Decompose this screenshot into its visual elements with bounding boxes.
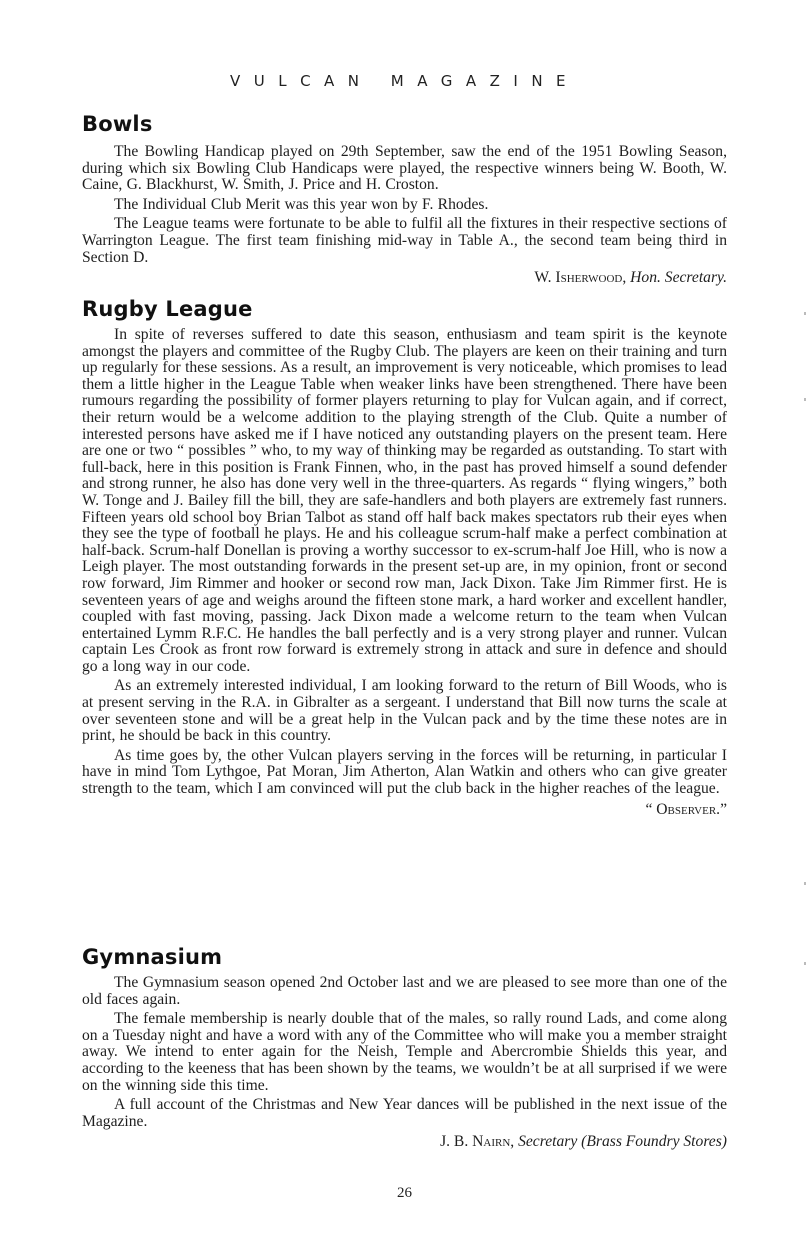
scan-speck [804, 398, 806, 401]
running-head: VULCAN MAGAZINE [82, 72, 727, 90]
paragraph: The Gymnasium season opened 2nd October … [82, 975, 727, 1008]
paragraph: The Bowling Handicap played on 29th Sept… [82, 144, 727, 194]
paragraph: As an extremely interested individual, I… [82, 678, 727, 744]
signature-rugby-league: “ Observer.” [82, 801, 727, 818]
paragraph: The Individual Club Merit was this year … [82, 197, 727, 214]
signature-department: Brass Foundry Stores [586, 1133, 721, 1150]
signature-name: W. Isherwood, [534, 269, 626, 286]
scan-speck [804, 962, 806, 965]
page-number: 26 [82, 1185, 727, 1202]
signature-title: Hon. Secretary. [630, 269, 727, 286]
signature-gymnasium: J. B. Nairn, Secretary (Brass Foundry St… [82, 1133, 727, 1150]
section-bowls: Bowls The Bowling Handicap played on 29t… [82, 112, 727, 286]
paragraph: As time goes by, the other Vulcan player… [82, 748, 727, 798]
signature-title: Secretary ( [518, 1133, 586, 1150]
scan-speck [804, 882, 806, 885]
signature-close: ) [722, 1133, 727, 1150]
signature-name: J. B. Nairn, [440, 1133, 514, 1150]
signature-bowls: W. Isherwood, Hon. Secretary. [82, 269, 727, 286]
paragraph: A full account of the Christmas and New … [82, 1097, 727, 1130]
section-title-rugby-league: Rugby League [82, 297, 727, 321]
section-gymnasium: Gymnasium The Gymnasium season opened 2n… [82, 945, 727, 1150]
section-body-gymnasium: The Gymnasium season opened 2nd October … [82, 975, 727, 1130]
section-title-bowls: Bowls [82, 112, 727, 136]
scan-speck [804, 312, 806, 315]
paragraph: The female membership is nearly double t… [82, 1011, 727, 1094]
paragraph: In spite of reverses suffered to date th… [82, 327, 727, 675]
section-body-rugby-league: In spite of reverses suffered to date th… [82, 327, 727, 798]
signature-name: “ Observer.” [645, 801, 727, 818]
section-rugby-league: Rugby League In spite of reverses suffer… [82, 297, 727, 818]
section-body-bowls: The Bowling Handicap played on 29th Sept… [82, 144, 727, 266]
paragraph: The League teams were fortunate to be ab… [82, 216, 727, 266]
section-title-gymnasium: Gymnasium [82, 945, 727, 969]
